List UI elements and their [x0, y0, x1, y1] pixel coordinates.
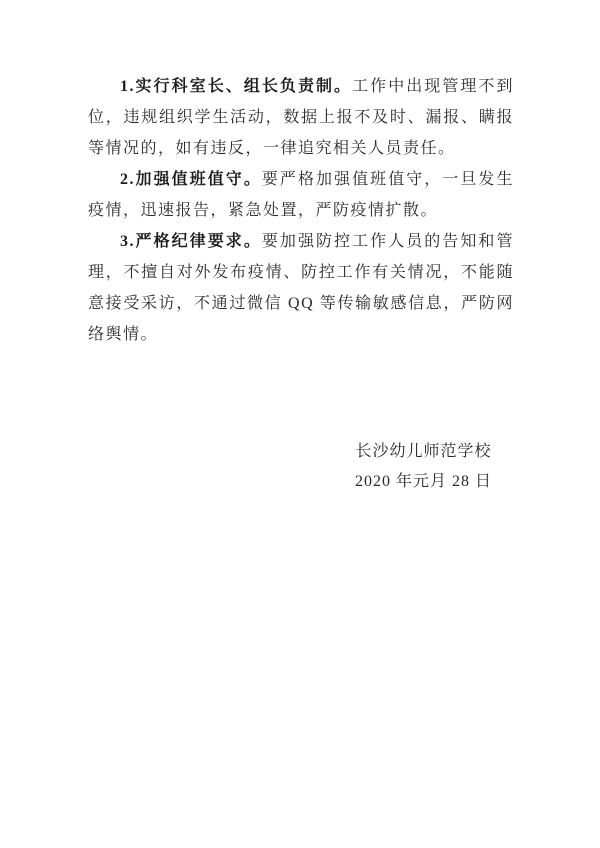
document-page: 1.实行科室长、组长负责制。工作中出现管理不到位，违规组织学生活动，数据上报不及… [0, 0, 600, 848]
document-body: 1.实行科室长、组长负责制。工作中出现管理不到位，违规组织学生活动，数据上报不及… [88, 71, 514, 350]
paragraph-2-lead: 2.加强值班值守。 [120, 171, 262, 188]
signature-block: 长沙幼儿师范学校 2020 年元月 28 日 [355, 437, 492, 497]
signature-date: 2020 年元月 28 日 [355, 467, 492, 497]
paragraph-3: 3.严格纪律要求。要加强防控工作人员的告知和管理，不擅自对外发布疫情、防控工作有… [88, 226, 514, 350]
paragraph-1: 1.实行科室长、组长负责制。工作中出现管理不到位，违规组织学生活动，数据上报不及… [88, 71, 514, 164]
paragraph-3-lead: 3.严格纪律要求。 [120, 233, 262, 250]
paragraph-2: 2.加强值班值守。要严格加强值班值守，一旦发生疫情，迅速报告，紧急处置，严防疫情… [88, 164, 514, 226]
paragraph-1-lead: 1.实行科室长、组长负责制。 [120, 78, 352, 95]
signature-organization: 长沙幼儿师范学校 [355, 437, 492, 467]
